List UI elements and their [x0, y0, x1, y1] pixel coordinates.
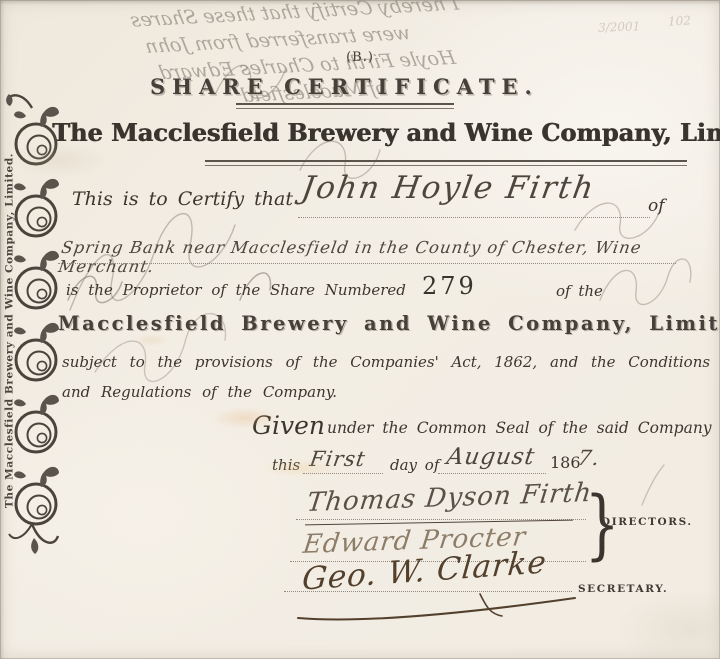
secretary-label: SECRETARY.	[578, 583, 668, 595]
holder-detail-dotted-line	[58, 263, 676, 264]
date-month-handwritten: August	[445, 444, 537, 470]
border-vertical-company-text: The Macclesfield Brewery and Wine Compan…	[4, 141, 17, 521]
date-this-word: this	[272, 456, 300, 474]
given-word: Given	[252, 411, 325, 440]
share-number: 279	[422, 272, 477, 300]
of-the-words: of the	[556, 282, 603, 300]
of-word: of	[648, 196, 665, 216]
holder-name-handwritten: John Hoyle Firth	[299, 170, 598, 206]
heading-side-rule	[205, 160, 687, 166]
date-day-dotted-line	[303, 473, 383, 474]
company-name-bold-line: Macclesfield Brewery and Wine Company, L…	[58, 312, 672, 335]
holder-name-dotted-line	[298, 217, 650, 218]
secretary-underline-flourish	[290, 592, 590, 622]
title-underline-rule	[236, 103, 454, 109]
directors-label: DIRECTORS.	[601, 516, 693, 528]
subject-line-2: and Regulations of the Company.	[62, 383, 337, 401]
clause-letter: (B.)	[330, 50, 390, 65]
proprietor-line: is the Proprietor of the Share Numbered	[66, 281, 406, 299]
company-name-heading: The Macclesfield Brewery and Wine Compan…	[52, 118, 704, 147]
date-dayof-words: day of	[390, 456, 439, 474]
page-title: SHARE CERTIFICATE.	[150, 74, 535, 99]
subject-line-1: subject to the provisions of the Compani…	[62, 353, 710, 371]
given-rest: under the Common Seal of the said Compan…	[327, 419, 712, 437]
date-year-digit-handwritten: 7.	[576, 446, 602, 470]
date-month-dotted-line	[438, 473, 546, 474]
certify-prefix: This is to Certify that	[72, 188, 293, 210]
date-day-handwritten: First	[308, 447, 367, 471]
holder-detail-handwritten: Spring Bank near Macclesfield in the Cou…	[57, 238, 720, 276]
